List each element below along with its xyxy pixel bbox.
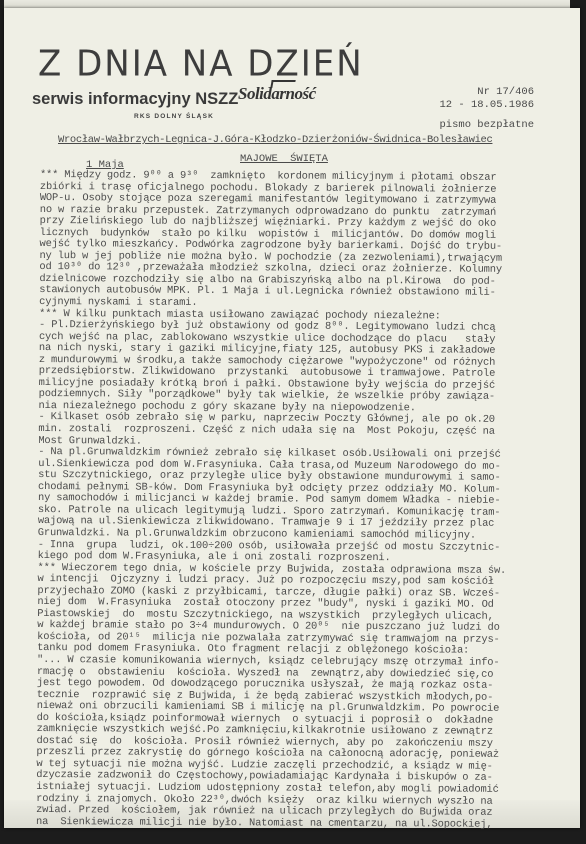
- body-line: na Sienkiewicza milicji nie było. Natomi…: [36, 817, 536, 832]
- masthead-subtitle: serwis informacyjny NSZZ: [32, 90, 238, 109]
- price-note: pismo bezpłatne: [439, 119, 534, 132]
- issue-info: Nr 17/406 12 - 18.05.1986 pismo bezpłatn…: [439, 86, 534, 132]
- issue-number: Nr 17/406: [477, 86, 534, 98]
- masthead-title: Z DNIA NA DZIEŃ: [38, 43, 364, 85]
- organization-label: RKS DOLNY ŚLĄSK: [134, 113, 214, 120]
- article-body: *** Między godz. 9⁰⁰ a 9³⁰ zamknięto kor…: [36, 170, 540, 831]
- section-title: MAJOWE ŚWIĘTA: [240, 153, 328, 165]
- regions-line: Wrocław-Wałbrzych-Legnica-J.Góra-Kłodzko…: [58, 134, 492, 146]
- solidarnosc-logo: Solidarność: [238, 84, 316, 104]
- issue-date-range: 12 - 18.05.1986: [439, 99, 534, 111]
